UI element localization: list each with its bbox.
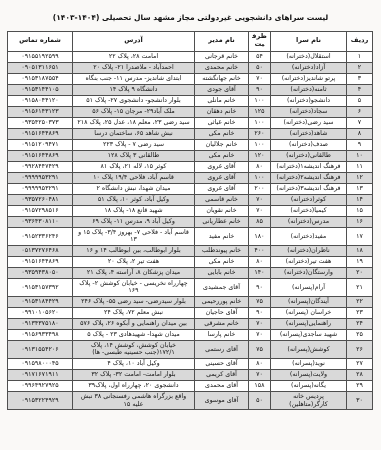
cell-address: چهارراه نخریسی - خیابان کوشش ۲- پلاک ۱۶۹ (73, 278, 195, 296)
table-row: ۱۱فرهنگ اندیشه۱(دخترانه)۸۰آقای غرویکوثر … (8, 161, 373, 172)
cell-capacity: ۸۰ (249, 359, 271, 370)
table-row: ۱۹هفت تیر(دخترانه)۸۰خانم مکیهفت تیر ۲، پ… (8, 256, 373, 267)
cell-name: پرتو شاندیز(دخترانه) (271, 73, 347, 84)
table-row: ۱۰طالقانی(دخترانه)۱۲۰خانم مکیطالقانی ۳ پ… (8, 150, 373, 161)
cell-address: قاسم آباد - فلاحی ۷- بهروز ۳/۴- پلاک ۱۵ … (73, 227, 195, 245)
cell-manager: آقای حاجیان (195, 307, 249, 318)
cell-manager: خانم جلالیان (195, 139, 249, 150)
cell-phone: ۰۹۳۵۷۲۶۰۴۸۱ (8, 194, 73, 205)
cell-rank: ۴ (347, 84, 373, 95)
cell-name: کوشش(پسرانه) (271, 340, 347, 358)
cell-phone: ۰۹۳۵۹۴۳۸۰۵۰ (8, 267, 73, 278)
cell-address: بین میدان راهنمایی و آبکوه ۲۶، پلاک ۵۷۶ (73, 318, 195, 329)
cell-rank: ۱۲ (347, 172, 373, 183)
table-row: ۲۱آرام(پسرانه)۹۰آقای جمشیدیچهارراه نخریس… (8, 278, 373, 296)
cell-name: پردیس خانه کارگر(متاهلین) (271, 392, 347, 410)
table-body: ۱استقلال(دخترانه)۵۴خانم قرجانیامامت ۲۸، … (8, 51, 373, 409)
cell-phone: ۰۹۱۵۸۰۴۴۱۲۰ (8, 95, 73, 106)
cell-manager: خانم مفید (195, 227, 249, 245)
cell-rank: ۱۴ (347, 194, 373, 205)
cell-phone: ۰۹۱۵۳۱۴۴۱۰۵ (8, 84, 73, 95)
cell-capacity: ۸۰ (249, 256, 271, 267)
cell-rank: ۶ (347, 106, 373, 117)
cell-capacity: ۲۶۰ (249, 128, 271, 139)
cell-address: میدان شهدا، نبش دانشگاه ۲ (73, 183, 195, 194)
cell-manager: خانم بابایی (195, 267, 249, 278)
cell-name: دانشجو(دخترانه) (271, 95, 347, 106)
cell-rank: ۱۸ (347, 245, 373, 256)
cell-phone: ۰۹۱۵۷۲۹۸۵۱۶ (8, 205, 73, 216)
cell-address: دانشگاه ۹ پلاک ۱۴ (73, 84, 195, 95)
cell-address: بلوار سیدرضی- سید رضی ۵۵- پلاک ۲۴۶ (73, 296, 195, 307)
cell-address: سید رضی ۷ - پلاک ۲۲۳ (73, 139, 195, 150)
cell-address: هفت تیر ۲، پلاک ۲۰ (73, 256, 195, 267)
cell-rank: ۱۰ (347, 150, 373, 161)
cell-rank: ۲۴ (347, 318, 373, 329)
cell-rank: ۲۸ (347, 370, 373, 381)
cell-rank: ۱۹ (347, 256, 373, 267)
cell-name: سجاد(دخترانه) (271, 106, 347, 117)
cell-phone: ۰۹۱۵۶۹۳۳۴۹۸ (8, 329, 73, 340)
cell-capacity: ۷۰ (249, 329, 271, 340)
cell-phone: ۰۵۱۳۷۲۷۶۴۶۸ (8, 245, 73, 256)
cell-manager: خانم مانلی (195, 95, 249, 106)
cell-capacity: ۹۰ (249, 84, 271, 95)
table-row: ۲۲آیندگان(پسرانه)۷۵خانم پوررحیمیبلوار سی… (8, 296, 373, 307)
cell-name: یگانه(پسرانه) (271, 381, 347, 392)
cell-capacity: ۱۰۰ (249, 117, 271, 128)
table-row: ۲۴راهنمایی(پسرانه)۷۰خانم مشرقیبین میدان … (8, 318, 373, 329)
table-row: ۲۳خراسان (پسرانه)۹۰آقای حاجیاننبش معلم ۷… (8, 307, 373, 318)
cell-address: نبش شاهد ۶۵، ساختمان درسا (73, 128, 195, 139)
cell-capacity: ۵۴ (249, 51, 271, 62)
table-row: ۲آزاد(دخترانه)۵۰خانم محمدیاحمدآباد - ملا… (8, 62, 373, 73)
cell-address: دانشجوی ۲۰، چهارراه اول، پلاک۳۹ (73, 381, 195, 392)
table-row: ۸شاهد(دخترانه)۲۶۰خانم مکینبش شاهد ۶۵، سا… (8, 128, 373, 139)
cell-name: آیندگان(پسرانه) (271, 296, 347, 307)
cell-manager: خانم پارسا (195, 329, 249, 340)
cell-address: خیابان کوشش، کوشش ۱۴، پلاک ۱۷۲/۱(جنب حسی… (73, 340, 195, 358)
table-row: ۱۴کوثر(دخترانه)۷۰خانم قاسمیوکیل آباد، کو… (8, 194, 373, 205)
cell-manager: آقای کریمی (195, 370, 249, 381)
table-row: ۳۰پردیس خانه کارگر(متاهلین)۵۰آقای موسویو… (8, 392, 373, 410)
cell-address: بلوار دانشجو- دانشجوی ۲۷- پلاک ۵۱ (73, 95, 195, 106)
column-header-capacity: ظرفیت (249, 31, 271, 51)
cell-manager: خانم مکی (195, 128, 249, 139)
cell-name: طالقانی(دخترانه) (271, 150, 347, 161)
cell-address: نبش معلم ۷۲، پلاک ۲۴ (73, 307, 195, 318)
cell-name: ناظران(دخترانه) (271, 245, 347, 256)
table-row: ۱۲فرهنگ اندیشه۲(دخترانه)۱۰۰آقای غرویقاسم… (8, 172, 373, 183)
cell-name: ثامنه(دخترانه) (271, 84, 347, 95)
cell-capacity: ۱۰۰ (249, 139, 271, 150)
cell-address: بلوار امامت- امامت ۳۲- پلاک ۳۲ (73, 370, 195, 381)
cell-capacity: ۸۵ (249, 216, 271, 227)
cell-manager: خانم مشرقی (195, 318, 249, 329)
cell-phone: ۰۹۱۵۹۸۰۰۰۴۵ (8, 359, 73, 370)
cell-capacity: ۱۲۵ (249, 106, 271, 117)
cell-rank: ۳ (347, 73, 373, 84)
cell-phone: ۰۹۱۵۳۲۲۴۹۲۹ (8, 392, 73, 410)
cell-rank: ۲۱ (347, 278, 373, 296)
cell-rank: ۲۲ (347, 296, 373, 307)
cell-capacity: ۱۸۰ (249, 227, 271, 245)
cell-capacity: ۸۰ (249, 161, 271, 172)
cell-manager: آقای حسینی (195, 359, 249, 370)
cell-capacity: ۱۵۸ (249, 381, 271, 392)
cell-manager: خانم محمدی (195, 62, 249, 73)
cell-capacity: ۱۴۰ (249, 267, 271, 278)
cell-rank: ۳۰ (347, 392, 373, 410)
cell-manager: آقای غروی (195, 172, 249, 183)
table-row: ۲۶کوشش(پسرانه)۷۵آقای رستمیخیابان کوشش، ک… (8, 340, 373, 358)
cell-address: احمدآباد - ملاصدرا ۲۱- پلاک ۲۰ (73, 62, 195, 73)
cell-manager: آقای رستمی (195, 340, 249, 358)
cell-phone: ۰۹۹۲۸۴۴۷۴۲۹ (8, 161, 73, 172)
cell-rank: ۹ (347, 139, 373, 150)
cell-manager: آقای جمشیدی (195, 278, 249, 296)
table-row: ۱۶مدرس(دخترانه)۸۵خانم عطاریانیوکیل آباد … (8, 216, 373, 227)
cell-phone: ۰۹۱۵۱۶۴۴۸۶۹ (8, 256, 73, 267)
cell-rank: ۱ (347, 51, 373, 62)
cell-address: کوثر ۱۵، لاله ۲۱، پلاک ۸۱ (73, 161, 195, 172)
table-row: ۳پرتو شاندیز(دخترانه)۷۰خانم جهانگشتهابتد… (8, 73, 373, 84)
cell-rank: ۱۷ (347, 227, 373, 245)
cell-manager: خانم پوررحیمی (195, 296, 249, 307)
cell-capacity: ۱۲۰ (249, 150, 271, 161)
cell-phone: ۰۹۹۱۰۱۰۵۶۲۰ (8, 307, 73, 318)
cell-address: وکیل آباد ۹، مدرس ۱۱- پلاک ۶۹ (73, 216, 195, 227)
table-row: ۶سجاد(دخترانه)۱۲۵خانم دهقانملک آباد۲۹- م… (8, 106, 373, 117)
cell-name: کوثر(دخترانه) (271, 194, 347, 205)
cell-rank: ۱۶ (347, 216, 373, 227)
cell-address: وکیل آباد، کوثر ۱۰، پلاک ۵۱ (73, 194, 195, 205)
cell-phone: ۰۹۱۵۱۶۴۴۸۶۹ (8, 150, 73, 161)
cell-name: ولایت(پسرانه) (271, 370, 347, 381)
cell-name: آزاد(دخترانه) (271, 62, 347, 73)
cell-manager: خانم عطاریانی (195, 216, 249, 227)
cell-manager: خانم پیوندطلب (195, 245, 249, 256)
cell-address: ابتدای شاندیز- مدرس ۱۱- جنب بنگاه (73, 73, 195, 84)
cell-address: واقع بزرگراه هاشمی رفسنجانی ۳۸ نبش علیه … (73, 392, 195, 410)
cell-capacity: ۷۵ (249, 296, 271, 307)
column-header-manager: نام مدیر (195, 31, 249, 51)
cell-name: مفید(دخترانه) (271, 227, 347, 245)
cell-manager: آقای غروی (195, 183, 249, 194)
table-row: ۲۸ولایت(پسرانه)۷۰آقای کریمیبلوار امامت- … (8, 370, 373, 381)
cell-manager: خانم قاسمی (195, 194, 249, 205)
cell-phone: ۰۹۱۵۳۱۸۷۵۵۴ (8, 73, 73, 84)
cell-name: آرام(پسرانه) (271, 278, 347, 296)
table-row: ۱استقلال(دخترانه)۵۴خانم قرجانیامامت ۲۸، … (8, 51, 373, 62)
cell-address: وکیل آباد ۱۰، پلاک ۴ (73, 359, 195, 370)
document-sheet: لیست سراهای دانشجویی غیردولتی مجاز مشهد … (0, 0, 381, 410)
cell-manager: خانم نقویان (195, 205, 249, 216)
cell-name: کیمیا(دخترانه) (271, 205, 347, 216)
cell-phone: ۰۹۱۳۱۵۵۴۲۰۶ (8, 340, 73, 358)
cell-rank: ۷ (347, 117, 373, 128)
cell-rank: ۲۶ (347, 340, 373, 358)
table-row: ۱۵کیمیا(دخترانه)۷۰خانم نقویانشهید قانع ۱… (8, 205, 373, 216)
page-title: لیست سراهای دانشجویی غیردولتی مجاز مشهد … (10, 13, 371, 23)
table-row: ۴ثامنه(دخترانه)۹۰آقای جودیدانشگاه ۹ پلاک… (8, 84, 373, 95)
cell-address: میدان شهدا- شهیدهادی ۲۳ - پلاک ۵ (73, 329, 195, 340)
cell-address: شهید قانع ۱۸- پلاک ۱۸ (73, 205, 195, 216)
cell-rank: ۱۳ (347, 183, 373, 194)
cell-address: قاسم آباد، فلاحی ۱۹/۴ پلاک ۱۰ (73, 172, 195, 183)
cell-name: صدف(دخترانه) (271, 139, 347, 150)
cell-phone: ۰۹۱۵۳۱۵۷۳۹۲ (8, 278, 73, 296)
cell-manager: خانم مکی (195, 256, 249, 267)
table-row: ۵دانشجو(دخترانه)۱۰۰خانم مانلیبلوار دانشج… (8, 95, 373, 106)
cell-phone: ۰۹۱۵۲۳۳۶۲۴۶ (8, 227, 73, 245)
cell-manager: خانم مکی (195, 150, 249, 161)
cell-manager: آقای غروی (195, 161, 249, 172)
cell-phone: ۰۹۹۶۴۹۲۷۹۲۵ (8, 381, 73, 392)
cell-rank: ۱۱ (347, 161, 373, 172)
cell-manager: خانم قرجانی (195, 51, 249, 62)
cell-rank: ۵ (347, 95, 373, 106)
cell-capacity: ۷۵ (249, 340, 271, 358)
cell-capacity: ۱۰۰ (249, 95, 271, 106)
cell-capacity: ۹۰ (249, 278, 271, 296)
column-header-address: آدرس (73, 31, 195, 51)
cell-rank: ۱۵ (347, 205, 373, 216)
cell-capacity: ۲۰۰ (249, 183, 271, 194)
cell-phone: ۰۹۱۵۳۱۸۴۴۲۹ (8, 296, 73, 307)
cell-manager: آقای محمدی (195, 381, 249, 392)
cell-phone: ۰۹۱۵۶۱۴۳۱۲۳ (8, 106, 73, 117)
cell-manager: خانم غیاثی (195, 117, 249, 128)
cell-name: مدرس(دخترانه) (271, 216, 347, 227)
column-header-rank: ردیف (347, 31, 373, 51)
cell-capacity: ۷۰ (249, 370, 271, 381)
cell-address: بلوار ابوطالب، بین ابوطالب ۱۴ و ۱۶ (73, 245, 195, 256)
cell-address: سید رضی ۲۳، معلم ۱۸، عدل ۲۵، پلاک ۲۱۸ (73, 117, 195, 128)
table-row: ۱۳فرهنگ اندیشه۳(دخترانه)۲۰۰آقای غرویمیدا… (8, 183, 373, 194)
table-row: ۲۰وارستگان(دخترانه)۱۴۰خانم باباییمیدان پ… (8, 267, 373, 278)
cell-rank: ۸ (347, 128, 373, 139)
cell-manager: خانم جهانگشته (195, 73, 249, 84)
cell-name: خراسان (پسرانه) (271, 307, 347, 318)
table-row: ۱۸ناظران(دخترانه)۴۰۰خانم پیوندطلببلوار ا… (8, 245, 373, 256)
table-row: ۷سید رضی(دخترانه)۱۰۰خانم غیاثیسید رضی ۲۳… (8, 117, 373, 128)
cell-name: سید رضی(دخترانه) (271, 117, 347, 128)
cell-phone: ۰۹۱۷۱۶۷۱۹۱۱ (8, 370, 73, 381)
cell-name: شهید ساجدی(پسرانه) (271, 329, 347, 340)
table-row: ۱۷مفید(دخترانه)۱۸۰خانم مفیدقاسم آباد - ف… (8, 227, 373, 245)
cell-capacity: ۷۰ (249, 205, 271, 216)
cell-name: فرهنگ اندیشه۲(دخترانه) (271, 172, 347, 183)
cell-rank: ۲ (347, 62, 373, 73)
cell-capacity: ۵۰ (249, 392, 271, 410)
cell-manager: خانم دهقان (195, 106, 249, 117)
cell-address: امامت ۲۸، پلاک ۲۲ (73, 51, 195, 62)
cell-name: فرهنگ اندیشه۳(دخترانه) (271, 183, 347, 194)
cell-rank: ۲۷ (347, 359, 373, 370)
cell-address: طالقانی ۳ پلاک ۱۲۸ (73, 150, 195, 161)
cell-phone: ۰۹۹۹۹۹۵۳۲۹۱ (8, 183, 73, 194)
cell-manager: آقای موسوی (195, 392, 249, 410)
dormitory-table: ردیفنام سراظرفیتنام مدیرآدرسشماره تماس ۱… (7, 31, 373, 410)
cell-capacity: ۷۰ (249, 73, 271, 84)
cell-phone: ۰۹۱۵۱۶۴۴۸۶۹ (8, 128, 73, 139)
cell-capacity: ۷۰ (249, 194, 271, 205)
cell-name: نوید(پسرانه) (271, 359, 347, 370)
cell-capacity: ۹۰ (249, 307, 271, 318)
table-row: ۲۵شهید ساجدی(پسرانه)۷۰خانم پارسامیدان شه… (8, 329, 373, 340)
header-row: ردیفنام سراظرفیتنام مدیرآدرسشماره تماس (8, 31, 373, 51)
cell-name: شاهد(دخترانه) (271, 128, 347, 139)
cell-capacity: ۷۰ (249, 318, 271, 329)
cell-name: استقلال(دخترانه) (271, 51, 347, 62)
cell-address: ملک آباد۲۹- مرجان ۱۵- پلاک ۵۶ (73, 106, 195, 117)
cell-address: میدان پزشکان ۸، آراسته ۴، پلاک ۲۱ (73, 267, 195, 278)
cell-name: راهنمایی(پسرانه) (271, 318, 347, 329)
cell-rank: ۲۳ (347, 307, 373, 318)
cell-name: وارستگان(دخترانه) (271, 267, 347, 278)
cell-capacity: ۵۰ (249, 62, 271, 73)
cell-rank: ۲۵ (347, 329, 373, 340)
cell-phone: ۰۹۹۹۹۹۵۳۲۹۱ (8, 172, 73, 183)
cell-name: هفت تیر(دخترانه) (271, 256, 347, 267)
cell-phone: ۰۹۱۳۴۳۷۵۱۸۰ (8, 318, 73, 329)
cell-phone: ۰۹۱۵۵۱۹۲۵۹۹ (8, 51, 73, 62)
cell-rank: ۲۰ (347, 267, 373, 278)
column-header-phone: شماره تماس (8, 31, 73, 51)
cell-capacity: ۱۰۰ (249, 172, 271, 183)
column-header-name: نام سرا (271, 31, 347, 51)
table-row: ۲۹یگانه(پسرانه)۱۵۸آقای محمدیدانشجوی ۲۰، … (8, 381, 373, 392)
table-row: ۹صدف(دخترانه)۱۰۰خانم جلالیانسید رضی ۷ - … (8, 139, 373, 150)
table-header: ردیفنام سراظرفیتنام مدیرآدرسشماره تماس (8, 31, 373, 51)
cell-phone: ۰۹۱۵۱۲۰۹۴۷۱ (8, 139, 73, 150)
cell-phone: ۰۹۰۵۱۳۱۱۶۵۱ (8, 62, 73, 73)
cell-capacity: ۴۰۰ (249, 245, 271, 256)
cell-manager: آقای جودی (195, 84, 249, 95)
cell-rank: ۲۹ (347, 381, 373, 392)
cell-phone: ۰۹۳۵۴۲۵۰۳۷۳ (8, 117, 73, 128)
cell-phone: ۰۹۳۶۴۳۰۸۱۱۰ (8, 216, 73, 227)
table-row: ۲۷نوید(پسرانه)۸۰آقای حسینیوکیل آباد ۱۰، … (8, 359, 373, 370)
cell-name: فرهنگ اندیشه۱(دخترانه) (271, 161, 347, 172)
